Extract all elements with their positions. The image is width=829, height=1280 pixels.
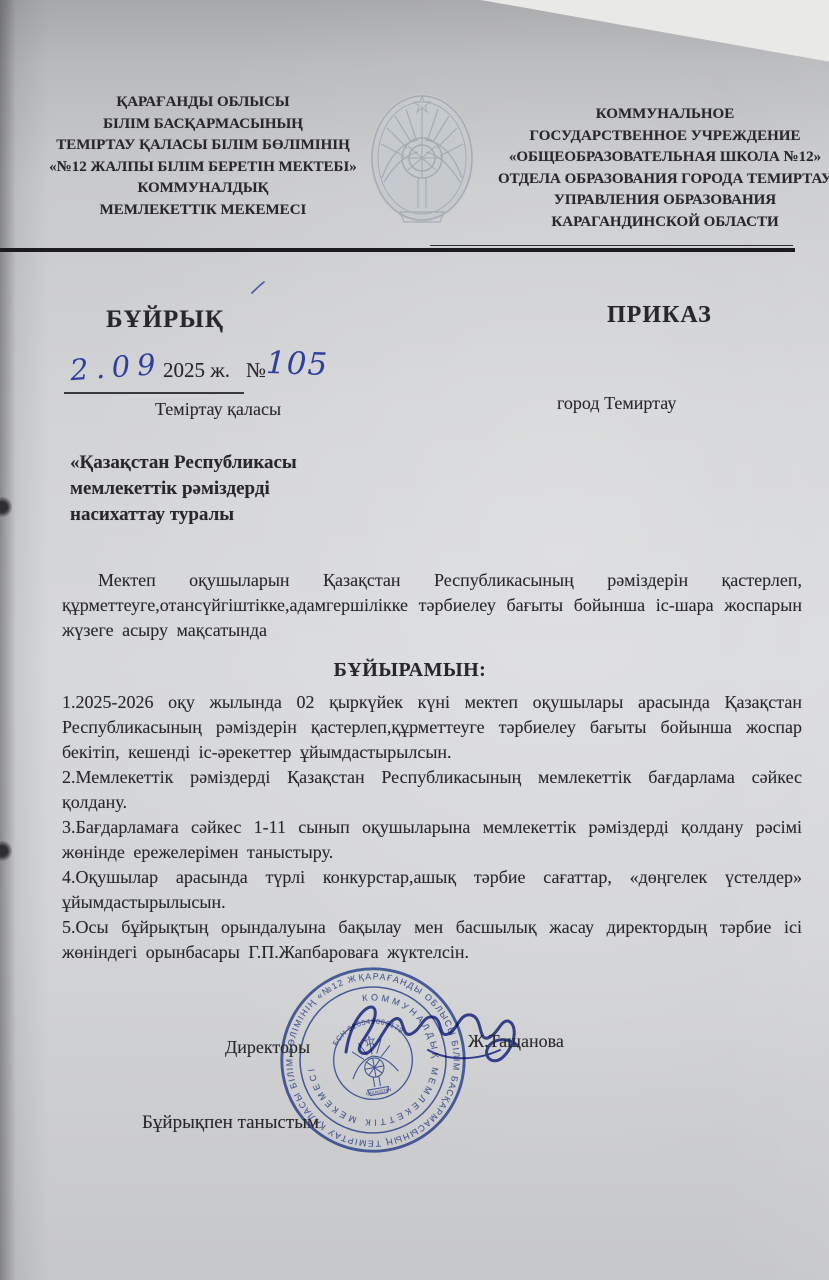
letterhead-kk-line: «№12 ЖАЛПЫ БІЛІМ БЕРЕТІН МЕКТЕБІ» [18,157,388,179]
letterhead-russian: КОММУНАЛЬНОЕ ГОСУДАРСТВЕННОЕ УЧРЕЖДЕНИЕ … [455,104,829,233]
header-separator-thin-line [430,245,793,246]
city-kazakh: Теміртау қаласы [155,399,281,420]
resolve-heading: БҰЙЫРАМЫН: [62,659,802,682]
paper-left-edge-shadow [0,0,16,1280]
subject-line: насихаттау туралы [70,502,490,528]
order-item-2: 2.Мемлекеттік рәміздерді Қазақстан Респу… [62,765,802,815]
acknowledgement-line: Бұйрықпен таныстым [142,1112,319,1134]
numero-sign: № [246,358,266,383]
letterhead-kk-line: БІЛІМ БАСҚАРМАСЫНЫҢ [18,114,388,136]
letterhead-ru-line: «ОБЩЕОБРАЗОВАТЕЛЬНАЯ ШКОЛА №12» [455,147,829,169]
letterhead-ru-line: УПРАВЛЕНИЯ ОБРАЗОВАНИЯ [455,190,829,212]
subject-line: «Қазақстан Республикасы [70,450,490,476]
order-item-1: 1.2025-2026 оқу жылында 02 қыркүйек күні… [62,690,802,765]
stamp-center-label: QAZAQSTAN [365,1087,391,1096]
director-name: Ж.Тащанова [468,1031,564,1052]
background-surface-wedge [0,0,829,70]
header-separator-line [0,248,795,252]
letterhead-ru-line: ОТДЕЛА ОБРАЗОВАНИЯ ГОРОДА ТЕМИРТАУ [455,169,829,191]
scanned-order-document: ҚАРАҒАНДЫ ОБЛЫСЫ БІЛІМ БАСҚАРМАСЫНЫҢ ТЕМ… [0,0,829,1280]
printed-year-label: 2025 ж. [163,358,230,383]
date-underline [64,392,244,394]
order-preamble: Мектеп оқушыларын Қазақстан Республикасы… [62,568,802,643]
letterhead-ru-line: КОММУНАЛЬНОЕ [455,104,829,126]
order-subject: «Қазақстан Республикасы мемлекеттік рәмі… [70,450,490,528]
order-title-kazakh: БҰЙРЫҚ [106,306,224,334]
order-item-3: 3.Бағдарламаға сәйкес 1-11 сынып оқушыла… [62,815,802,865]
letterhead-ru-line: КАРАГАНДИНСКОЙ ОБЛАСТИ [455,212,829,234]
order-items: 1.2025-2026 оқу жылында 02 қыркүйек күні… [62,690,802,965]
letterhead-kk-line: ТЕМІРТАУ ҚАЛАСЫ БІЛІМ БӨЛІМІНІҢ [18,135,388,157]
order-item-4: 4.Оқушылар арасында түрлі конкурстар,ашы… [62,865,802,915]
director-role-label: Директоры [225,1037,310,1058]
preamble-text: Мектеп оқушыларын Қазақстан Республикасы… [62,568,802,643]
stray-pen-mark [250,281,266,295]
letterhead-kk-line: КОММУНАЛДЫҚ [18,178,388,200]
city-russian: город Темиртау [557,393,676,414]
letterhead-ru-line: ГОСУДАРСТВЕННОЕ УЧРЕЖДЕНИЕ [455,126,829,148]
letterhead-kk-line: ҚАРАҒАНДЫ ОБЛЫСЫ [18,92,388,114]
handwritten-order-number: 105 [265,345,328,383]
letterhead-kk-line: МЕМЛЕКЕТТІК МЕКЕМЕСІ [18,200,388,222]
order-title-russian: ПРИКАЗ [607,302,712,329]
letterhead-kazakh: ҚАРАҒАНДЫ ОБЛЫСЫ БІЛІМ БАСҚАРМАСЫНЫҢ ТЕМ… [18,92,388,221]
handwritten-date: 2.09 [69,347,164,387]
subject-line: мемлекеттік рәміздерді [70,476,490,502]
